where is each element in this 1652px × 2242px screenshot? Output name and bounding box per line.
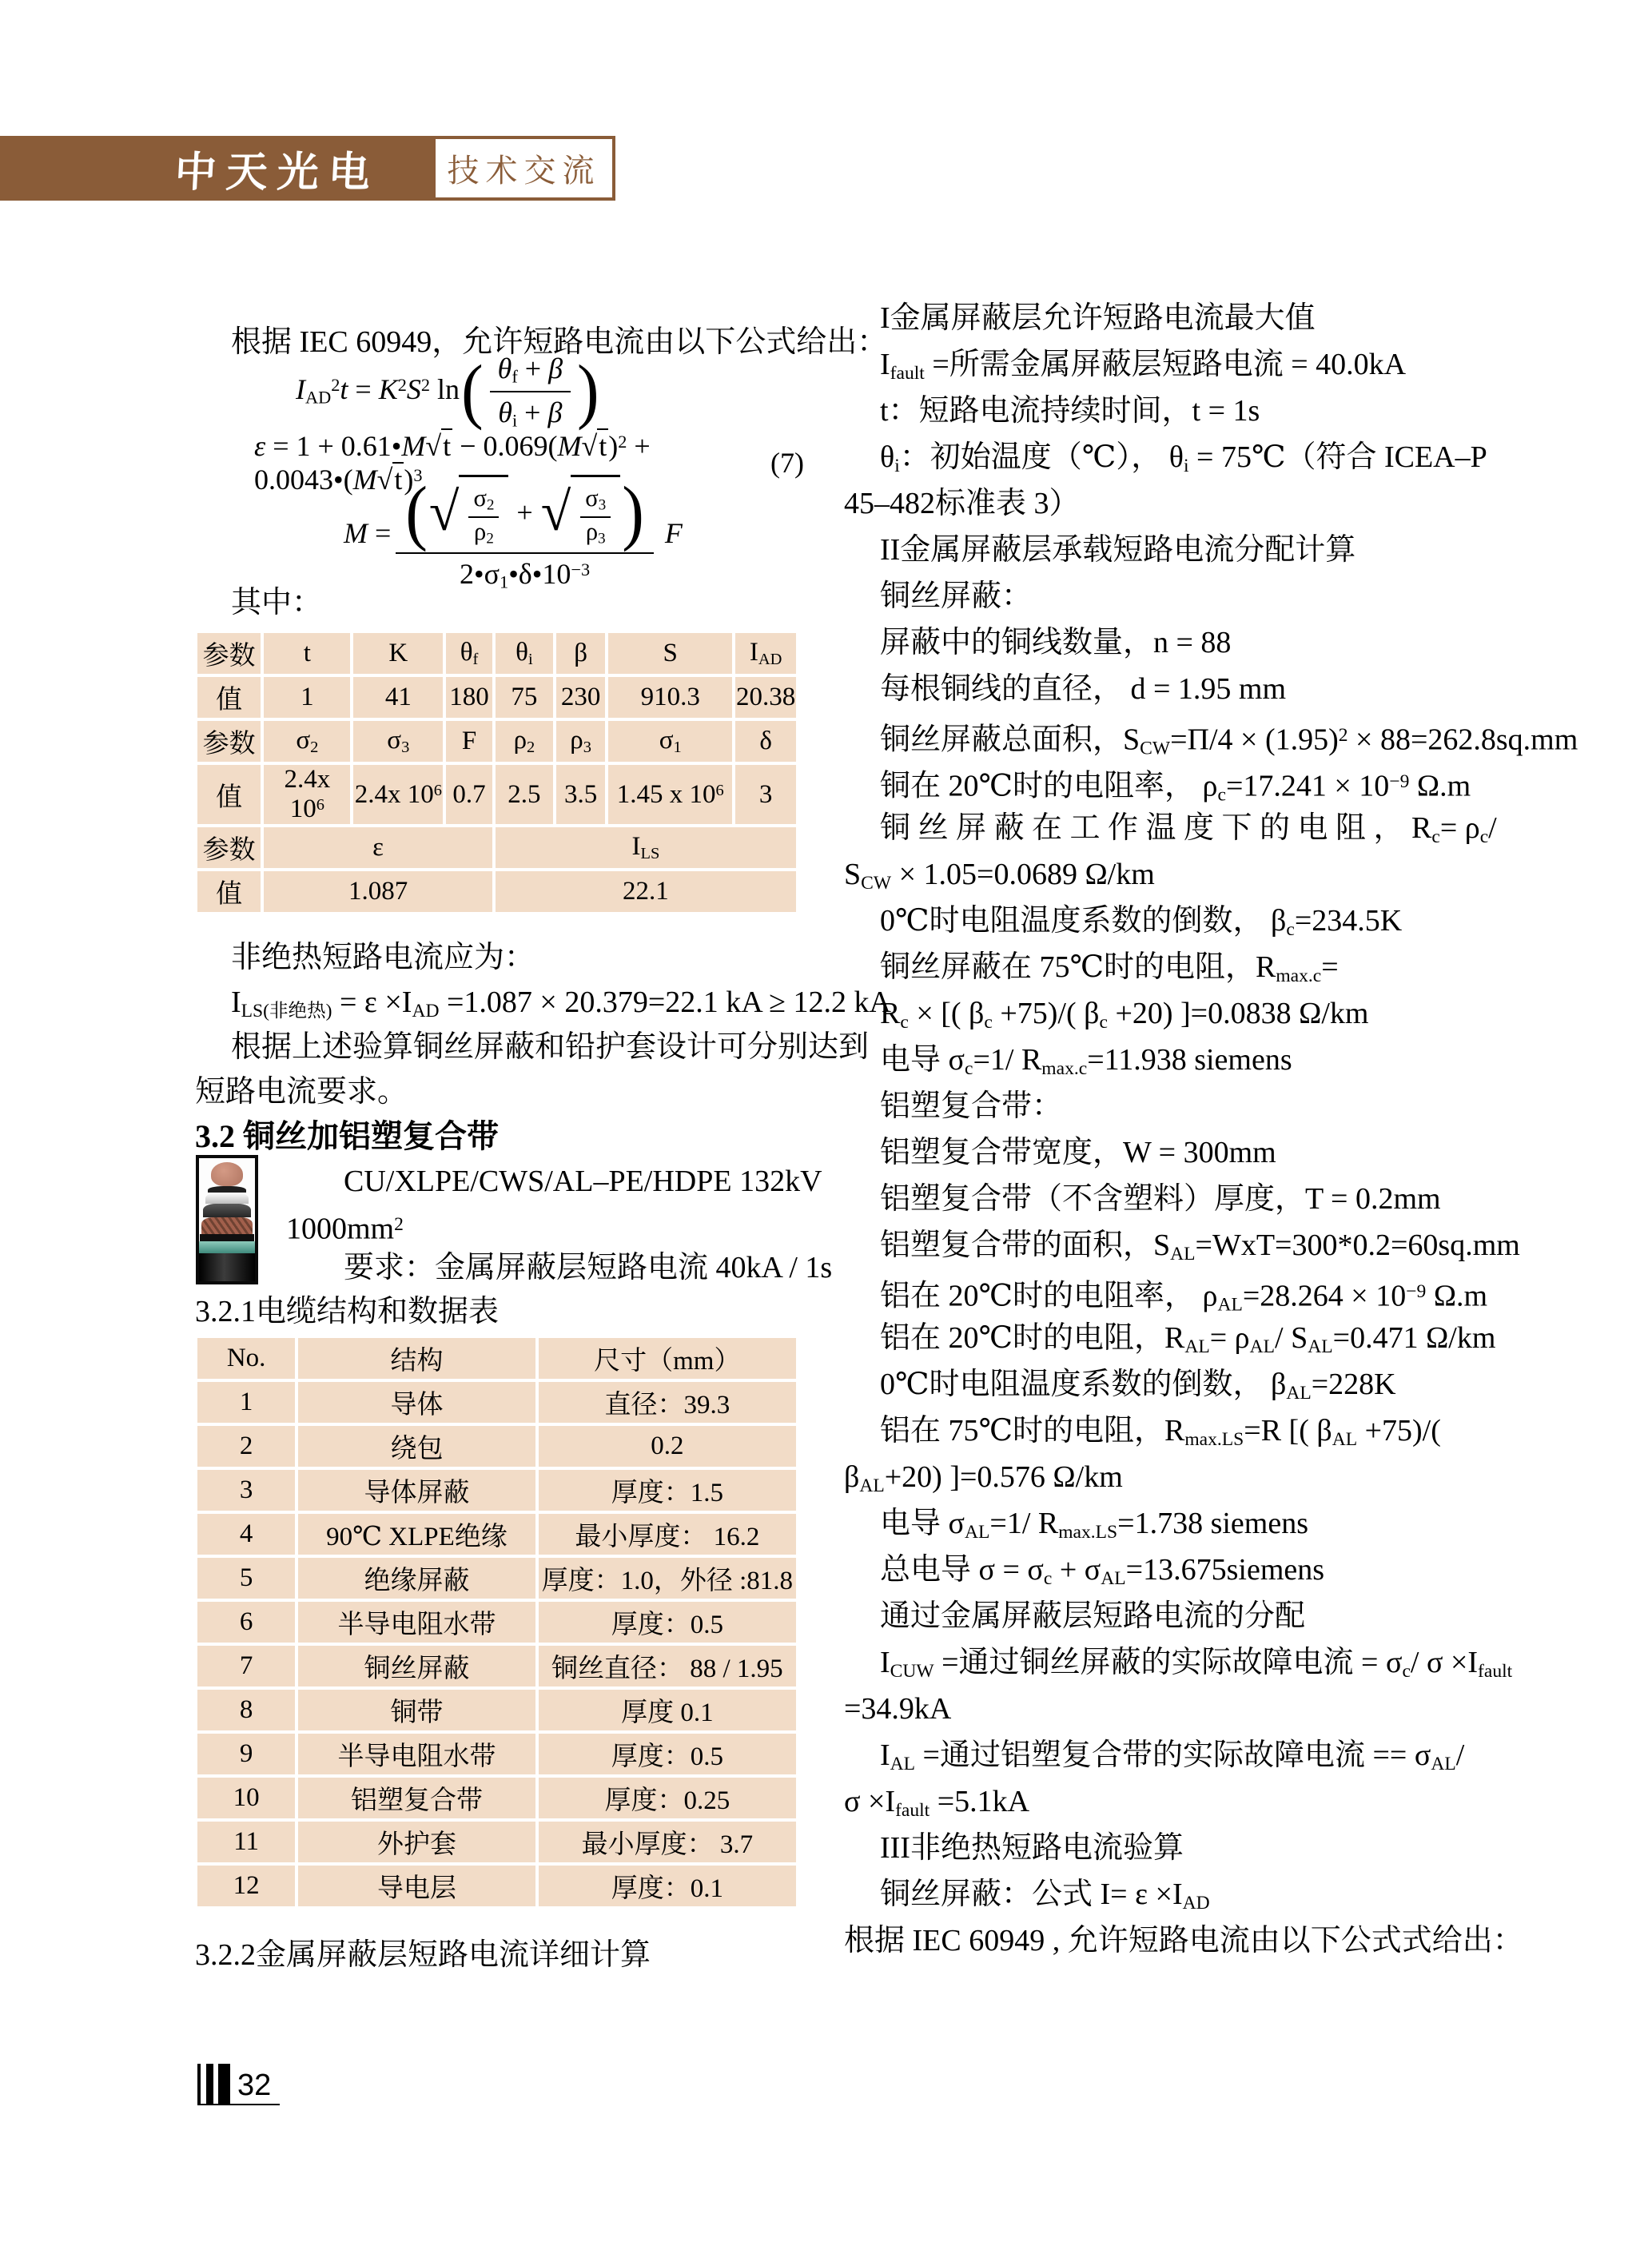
paragraph: I金属屏蔽层允许短路电流最大值 (844, 295, 1563, 341)
paragraph: 铝塑复合带宽度，W = 300mm (844, 1129, 1563, 1176)
paragraph: 屏蔽中的铜线数量，n = 88 (844, 619, 1563, 666)
fraction-inner: σ3 ρ3 (580, 484, 611, 549)
brand-logo: 中天光电 (173, 138, 381, 198)
paren-open: ( (461, 358, 484, 424)
table-cell: 0.2 (539, 1426, 796, 1467)
table-cell: β (556, 633, 605, 674)
table-cell: 1 (197, 1382, 295, 1423)
table-cell: 22.1 (496, 871, 796, 912)
table-cell: 9 (197, 1734, 295, 1774)
paragraph: Rc × [( βc +75)/( βc +20) ]=0.0838 Ω/km (844, 990, 1563, 1037)
cable-insulation (205, 1193, 249, 1204)
table-cell: 厚度：0.1 (539, 1866, 796, 1906)
footer-mark (197, 2064, 230, 2104)
paragraph: 铜丝屏蔽：公式 I= ε ×IAD (844, 1871, 1563, 1917)
fraction-main: ( √ σ2 ρ2 + √ σ3 ρ3 ) 2•σ1•δ•10−3 (396, 473, 654, 593)
cable-copper-wire-screen (201, 1217, 253, 1234)
paragraph: 铜丝屏蔽在 75℃时的电阻，Rmax.c= (844, 944, 1563, 990)
paragraph: θi：初始温度（℃）， θi = 75℃（符合 ICEA–P (844, 434, 1563, 480)
table-cell: 4 (197, 1514, 295, 1555)
paragraph: 短路电流要求。 (195, 1071, 408, 1113)
paragraph: 总电导 σ = σc + σAL=13.675siemens (844, 1547, 1563, 1593)
rho2: ρ2 (468, 518, 499, 550)
table-cell: 1.45 x 106 (608, 765, 732, 824)
table-row: 490℃ XLPE绝缘最小厚度： 16.2 (197, 1514, 796, 1555)
paragraph: 0℃时电阻温度系数的倒数， βAL=228K (844, 1361, 1563, 1408)
table-cell: 厚度：0.25 (539, 1778, 796, 1818)
paragraph: Ifault =所需金属屏蔽层短路电流 = 40.0kA (844, 341, 1563, 388)
cable-cross-section-photo (196, 1155, 258, 1284)
radical-sign: √ (541, 490, 571, 534)
footer-bar-icon (206, 2064, 213, 2104)
table-cell: 3 (735, 765, 796, 824)
cable-laminate-layer (199, 1241, 255, 1253)
footer-rule (197, 2104, 280, 2105)
table-cell: 5 (197, 1558, 295, 1599)
formula-lhs: M = (344, 516, 391, 550)
equation-number: (7) (770, 446, 804, 480)
paragraph: 根据 IEC 60949 , 允许短路电流由以下公式式给出： (844, 1917, 1563, 1964)
paragraph: 铜丝屏蔽总面积，SCW=Π/4 × (1.95)2 × 88=262.8sq.m… (844, 712, 1563, 759)
table-row: 10铝塑复合带厚度：0.25 (197, 1778, 796, 1818)
table-cell: 10 (197, 1778, 295, 1818)
fraction-denominator: θi + β (490, 392, 571, 432)
paragraph: II金属屏蔽层承载短路电流分配计算 (844, 527, 1563, 573)
cable-insulation-screen (203, 1204, 251, 1217)
footer-bar-icon (197, 2064, 201, 2104)
table-cell: 尺寸（mm） (539, 1338, 796, 1379)
table-row: 参数tKθfθiβSIAD (197, 633, 796, 674)
fraction: θf + β θi + β (490, 350, 571, 431)
table-cell: No. (197, 1338, 295, 1379)
table-cell: σ2 (264, 721, 350, 762)
table-cell: K (353, 633, 443, 674)
table-cell: 2 (197, 1426, 295, 1467)
paragraph: βAL+20) ]=0.576 Ω/km (844, 1454, 1563, 1500)
paragraph: 45–482标准表 3） (844, 480, 1563, 527)
cable-conductor-screen (208, 1186, 246, 1193)
table-cell: 7 (197, 1646, 295, 1686)
table-cell: ILS (496, 827, 796, 868)
radical-content: σ3 ρ3 (571, 475, 620, 549)
table-cell: 半导电阻水带 (298, 1734, 535, 1774)
table-cell: 0.7 (446, 765, 492, 824)
header-section-tag: 技术交流 (432, 136, 615, 201)
sigma2: σ2 (468, 484, 499, 518)
table-cell: 参数 (197, 721, 261, 762)
paragraph: SCW × 1.05=0.0689 Ω/km (844, 851, 1563, 898)
table-cell: 2.4x 106 (264, 765, 350, 824)
table-cell: 41 (353, 677, 443, 718)
table-row: 12导电层厚度：0.1 (197, 1866, 796, 1906)
table-cell: ρ3 (556, 721, 605, 762)
paragraph: 非绝热短路电流应为： (195, 937, 535, 978)
table-cell: F (446, 721, 492, 762)
plus-sign: + (516, 496, 532, 529)
table-cell: 最小厚度： 3.7 (539, 1822, 796, 1862)
table-cell: 8 (197, 1690, 295, 1730)
table-cell: ε (264, 827, 492, 868)
table-cell: 铝塑复合带 (298, 1778, 535, 1818)
paragraph: III非绝热短路电流验算 (844, 1825, 1563, 1871)
paragraph: 每根铜线的直径， d = 1.95 mm (844, 666, 1563, 712)
paragraph: 铜 丝 屏 蔽 在 工 作 温 度 下 的 电 阻 ， Rc= ρc/ (844, 805, 1563, 851)
table-row: 值14118075230910.320.38 (197, 677, 796, 718)
paragraph: 铜在 20℃时的电阻率， ρc=17.241 × 10−9 Ω.m (844, 759, 1563, 805)
table-cell: 11 (197, 1822, 295, 1862)
paren-close: ) (577, 358, 599, 424)
paragraph: 电导 σAL=1/ Rmax.LS=1.738 siemens (844, 1500, 1563, 1547)
table-cell: 直径：39.3 (539, 1382, 796, 1423)
paragraph: 0℃时电阻温度系数的倒数， βc=234.5K (844, 898, 1563, 944)
table-cell: 导体 (298, 1382, 535, 1423)
formula-ils: ILS(非绝热) = ε ×IAD =1.087 × 20.379=22.1 k… (195, 982, 891, 1032)
table-cell: 3.5 (556, 765, 605, 824)
table-cell: 180 (446, 677, 492, 718)
table-cell: 值 (197, 765, 261, 824)
footer-bar-icon (218, 2064, 230, 2104)
table-row: 值1.08722.1 (197, 871, 796, 912)
table-cell: 12 (197, 1866, 295, 1906)
table-row: 参数εILS (197, 827, 796, 868)
paragraph: σ ×Ifault =5.1kA (844, 1778, 1563, 1825)
paragraph: 通过金属屏蔽层短路电流的分配 (844, 1593, 1563, 1639)
table-cell: 20.38 (735, 677, 796, 718)
table-cell: 结构 (298, 1338, 535, 1379)
formula-suffix: F (665, 516, 683, 550)
table-row: 3导体屏蔽厚度：1.5 (197, 1470, 796, 1511)
formula-m: M = ( √ σ2 ρ2 + √ σ3 ρ3 ) 2•σ1•δ•10−3 F (344, 473, 683, 593)
table-cell: 1.087 (264, 871, 492, 912)
table-cell: σ1 (608, 721, 732, 762)
cable-outer-sheath (199, 1253, 255, 1284)
table-cell: 值 (197, 677, 261, 718)
paragraph-among: 其中： (231, 577, 322, 621)
table-cell: 2.5 (496, 765, 553, 824)
table-cell: 厚度：0.5 (539, 1602, 796, 1643)
table-cell: 6 (197, 1602, 295, 1643)
table-cell: ρ2 (496, 721, 553, 762)
paragraph: ICUW =通过铜丝屏蔽的实际故障电流 = σc/ σ ×Ifault (844, 1639, 1563, 1686)
table-cell: 外护套 (298, 1822, 535, 1862)
document-page: { "header": { "logo": "中天光电", "tag": "技术… (0, 0, 1652, 2242)
table-row: 7铜丝屏蔽铜丝直径： 88 / 1.95 (197, 1646, 796, 1686)
fraction-numerator: ( √ σ2 ρ2 + √ σ3 ρ3 ) (396, 473, 654, 554)
paragraph: 铝在 20℃时的电阻，RAL= ρAL/ SAL=0.471 Ω/km (844, 1315, 1563, 1361)
table-cell: 1 (264, 677, 350, 718)
table-cell: IAD (735, 633, 796, 674)
paragraph: 电导 σc=1/ Rmax.c=11.938 siemens (844, 1037, 1563, 1083)
table-cell: δ (735, 721, 796, 762)
table-cell: 厚度：1.0，外径 :81.8 (539, 1558, 796, 1599)
table-row: 11外护套最小厚度： 3.7 (197, 1822, 796, 1862)
table-cell: σ3 (353, 721, 443, 762)
cable-tape-layer (200, 1234, 254, 1241)
paragraph: IAL =通过铝塑复合带的实际故障电流 == σAL/ (844, 1732, 1563, 1778)
table-cell: 绕包 (298, 1426, 535, 1467)
table-cell: S (608, 633, 732, 674)
table-cell: 厚度：1.5 (539, 1470, 796, 1511)
table-cell: 最小厚度： 16.2 (539, 1514, 796, 1555)
paragraph: 铝塑复合带（不含塑料）厚度，T = 0.2mm (844, 1176, 1563, 1222)
table-cell: θi (496, 633, 553, 674)
table-cell: 导体屏蔽 (298, 1470, 535, 1511)
right-column: I金属屏蔽层允许短路电流最大值Ifault =所需金属屏蔽层短路电流 = 40.… (844, 295, 1563, 1964)
table-cell: 90℃ XLPE绝缘 (298, 1514, 535, 1555)
paragraph: 铝塑复合带的面积，SAL=WxT=300*0.2=60sq.mm (844, 1222, 1563, 1268)
fraction-denominator: 2•σ1•δ•10−3 (396, 554, 654, 593)
paragraph: 铝在 20℃时的电阻率， ρAL=28.264 × 10−9 Ω.m (844, 1268, 1563, 1315)
table-cell: 75 (496, 677, 553, 718)
paragraph: 铜丝屏蔽： (844, 573, 1563, 619)
table-cell: 230 (556, 677, 605, 718)
table-cell: 厚度：0.5 (539, 1734, 796, 1774)
table-row: 1导体直径：39.3 (197, 1382, 796, 1423)
section-heading-3-2: 3.2 铜丝加铝塑复合带 (195, 1111, 499, 1157)
table-row: 6半导电阻水带厚度：0.5 (197, 1602, 796, 1643)
paragraph: 铝在 75℃时的电阻，Rmax.LS=R [( βAL +75)/( (844, 1408, 1563, 1454)
table-cell: 铜带 (298, 1690, 535, 1730)
table-row: 值2.4x 1062.4x 1060.72.53.51.45 x 1063 (197, 765, 796, 824)
formula-lhs: IAD2t = K2S2 ln (296, 372, 460, 408)
table-row: No.结构尺寸（mm） (197, 1338, 796, 1379)
table-cell: 导电层 (298, 1866, 535, 1906)
table-cell: 3 (197, 1470, 295, 1511)
table-cell: 910.3 (608, 677, 732, 718)
fraction-numerator: θf + β (490, 350, 571, 392)
table-cell: 半导电阻水带 (298, 1602, 535, 1643)
paren-open: ( (405, 480, 428, 545)
radical-content: σ2 ρ2 (459, 475, 508, 549)
section-heading-3-2-1: 3.2.1电缆结构和数据表 (195, 1291, 499, 1332)
cable-size: 1000mm2 (286, 1204, 404, 1250)
formula-iad: IAD2t = K2S2 ln ( θf + β θi + β ) (296, 350, 601, 431)
paragraph: 铝塑复合带： (844, 1083, 1563, 1129)
paragraph: 根据上述验算铜丝屏蔽和铅护套设计可分别达到 (195, 1026, 869, 1068)
table-row: 9半导电阻水带厚度：0.5 (197, 1734, 796, 1774)
table-cell: 绝缘屏蔽 (298, 1558, 535, 1599)
table-row: 参数σ2σ3Fρ2ρ3σ1δ (197, 721, 796, 762)
section-heading-3-2-2: 3.2.2金属屏蔽层短路电流详细计算 (195, 1934, 651, 1976)
cable-structure-table: No.结构尺寸（mm） 1导体直径：39.3 2绕包0.2 3导体屏蔽厚度：1.… (194, 1335, 799, 1909)
rho3: ρ3 (580, 518, 611, 550)
table-cell: 值 (197, 871, 261, 912)
table-row: 8铜带厚度 0.1 (197, 1690, 796, 1730)
table-cell: 参数 (197, 633, 261, 674)
cable-requirement: 要求：金属屏蔽层短路电流 40kA / 1s (344, 1247, 832, 1288)
paragraph: t：短路电流持续时间，t = 1s (844, 388, 1563, 434)
paragraph: =34.9kA (844, 1686, 1563, 1732)
fraction-inner: σ2 ρ2 (468, 484, 499, 549)
section-tag-label: 技术交流 (448, 145, 601, 191)
table-cell: t (264, 633, 350, 674)
paren-close: ) (622, 480, 644, 545)
table-cell: 厚度 0.1 (539, 1690, 796, 1730)
cable-designation: CU/XLPE/CWS/AL–PE/HDPE 132kV (344, 1161, 822, 1202)
table-cell: θf (446, 633, 492, 674)
table-cell: 2.4x 106 (353, 765, 443, 824)
cable-conductor (211, 1162, 243, 1186)
sigma3: σ3 (580, 484, 611, 518)
table-row: 2绕包0.2 (197, 1426, 796, 1467)
table-cell: 参数 (197, 827, 261, 868)
parameter-table: 参数tKθfθiβSIAD 值14118075230910.320.38 参数σ… (194, 630, 799, 915)
table-row: 5绝缘屏蔽厚度：1.0，外径 :81.8 (197, 1558, 796, 1599)
page-number: 32 (237, 2069, 271, 2103)
table-cell: 铜丝屏蔽 (298, 1646, 535, 1686)
header-brand-bar: 中天光电 (0, 136, 432, 201)
radical-sign: √ (429, 490, 460, 534)
table-cell: 铜丝直径： 88 / 1.95 (539, 1646, 796, 1686)
